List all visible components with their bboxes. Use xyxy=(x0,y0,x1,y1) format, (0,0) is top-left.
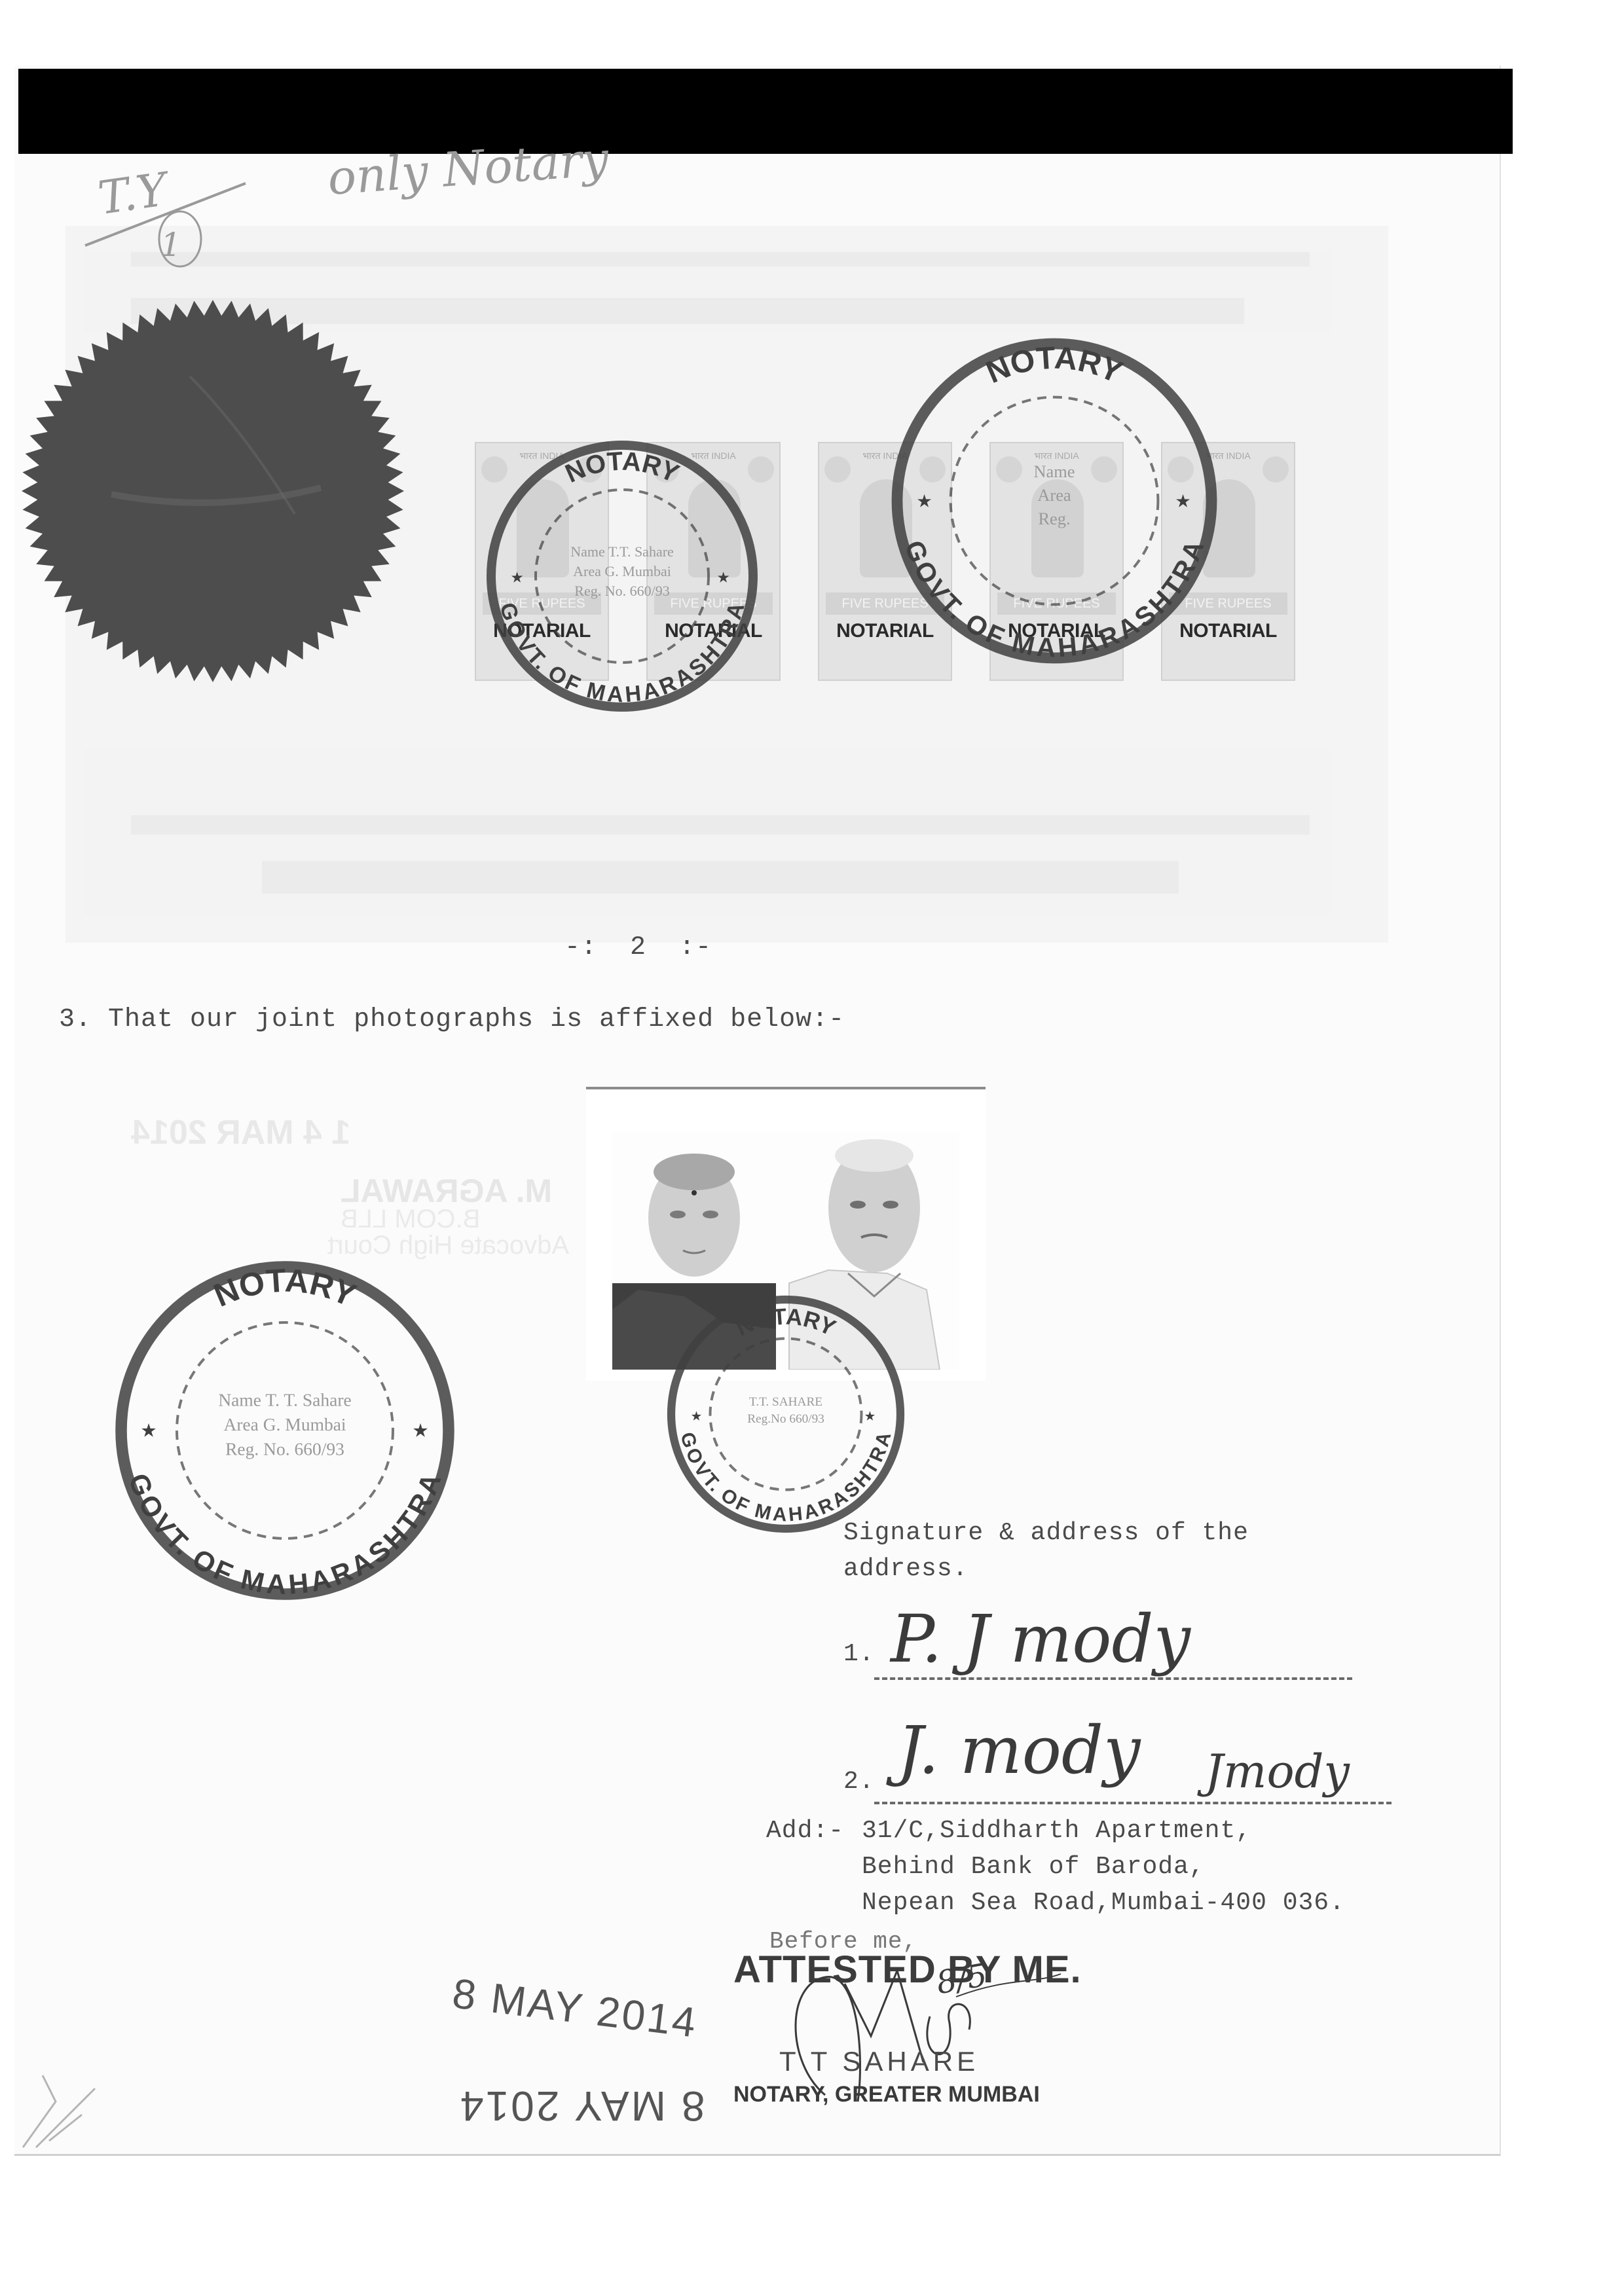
svg-text:★: ★ xyxy=(1175,486,1190,515)
signature-line-1 xyxy=(874,1677,1352,1680)
address-label: Add:- xyxy=(766,1817,844,1845)
svg-text:Area G. Mumbai: Area G. Mumbai xyxy=(223,1414,346,1434)
page-marker: -: 2 :- xyxy=(564,933,712,962)
signatory-2-number: 2. xyxy=(843,1768,875,1796)
svg-text:★: ★ xyxy=(691,1406,702,1427)
notary-seal-4: NOTARYGOVT. OF MAHARASHTRA★★T.T. SAHARER… xyxy=(665,1293,907,1535)
svg-text:★: ★ xyxy=(917,486,932,515)
svg-text:GOVT. OF MAHARASHTRA: GOVT. OF MAHARASHTRA xyxy=(494,600,750,707)
signature-line-2 xyxy=(874,1802,1392,1804)
svg-text:★: ★ xyxy=(413,1416,428,1446)
signature-heading-line2: address. xyxy=(843,1555,968,1583)
svg-text:Reg. No. 660/93: Reg. No. 660/93 xyxy=(225,1439,344,1459)
notary-seal-1: NOTARYGOVT. OF MAHARASHTRA★★Name T.T. Sa… xyxy=(485,439,760,714)
signature-2-extra: Jmody xyxy=(1205,1745,1350,1798)
notary-place: NOTARY, GREATER MUMBAI xyxy=(733,2082,1040,2107)
svg-text:★: ★ xyxy=(717,565,729,589)
signature-1: P. J mody xyxy=(891,1601,1190,1677)
signature-heading-line1: Signature & address of the xyxy=(843,1519,1249,1547)
watermark-line xyxy=(131,815,1310,835)
svg-text:T.T. SAHARE: T.T. SAHARE xyxy=(749,1395,822,1409)
svg-text:Reg.No 660/93: Reg.No 660/93 xyxy=(747,1412,824,1426)
svg-text:GOVT. OF MAHARASHTRA: GOVT. OF MAHARASHTRA xyxy=(899,536,1210,663)
svg-text:★: ★ xyxy=(141,1416,157,1446)
date-stamp-2-inverted: 8 MAY 2014 xyxy=(458,2082,705,2130)
faint-advocate-court: Advocate High Court xyxy=(327,1231,569,1260)
svg-text:Area: Area xyxy=(1037,485,1071,505)
signatory-1-number: 1. xyxy=(843,1640,875,1668)
svg-text:GOVT. OF MAHARASHTRA: GOVT. OF MAHARASHTRA xyxy=(122,1470,447,1601)
svg-text:Reg. No. 660/93: Reg. No. 660/93 xyxy=(574,583,669,599)
svg-text:Reg.: Reg. xyxy=(1038,509,1070,528)
handwritten-circled-one: 1 xyxy=(160,226,181,264)
address-line-3: Nepean Sea Road,Mumbai-400 036. xyxy=(862,1889,1345,1917)
faint-advocate-degree: B.COM LLB xyxy=(341,1205,480,1234)
signature-2: J. mody xyxy=(897,1712,1140,1789)
svg-text:★: ★ xyxy=(864,1406,876,1427)
svg-text:GOVT. OF MAHARASHTRA: GOVT. OF MAHARASHTRA xyxy=(676,1430,896,1525)
address-line-1: 31/C,Siddharth Apartment, xyxy=(862,1817,1251,1845)
clause-text: 3. That our joint photographs is affixed… xyxy=(59,1005,845,1034)
notary-name: T T SAHARE xyxy=(779,2046,979,2077)
watermark-line xyxy=(262,861,1179,894)
watermark-line xyxy=(131,252,1310,266)
notary-seal-2: NOTARYGOVT. OF MAHARASHTRA★★NameAreaReg. xyxy=(891,337,1218,665)
svg-text:Name: Name xyxy=(1033,462,1075,481)
svg-text:Area G. Mumbai: Area G. Mumbai xyxy=(573,563,671,579)
svg-text:Name T. T. Sahare: Name T. T. Sahare xyxy=(218,1390,351,1410)
address-line-2: Behind Bank of Baroda, xyxy=(862,1853,1205,1881)
gold-seal-icon xyxy=(20,298,406,684)
svg-text:★: ★ xyxy=(511,565,523,589)
notary-seal-3: NOTARYGOVT. OF MAHARASHTRA★★Name T. T. S… xyxy=(115,1260,455,1601)
faint-date-stamp: 1 4 MAR 2014 xyxy=(131,1113,350,1152)
redaction-bar xyxy=(18,69,1513,154)
svg-text:Name T.T. Sahare: Name T.T. Sahare xyxy=(570,543,674,560)
corner-scribble-icon xyxy=(16,2062,134,2154)
